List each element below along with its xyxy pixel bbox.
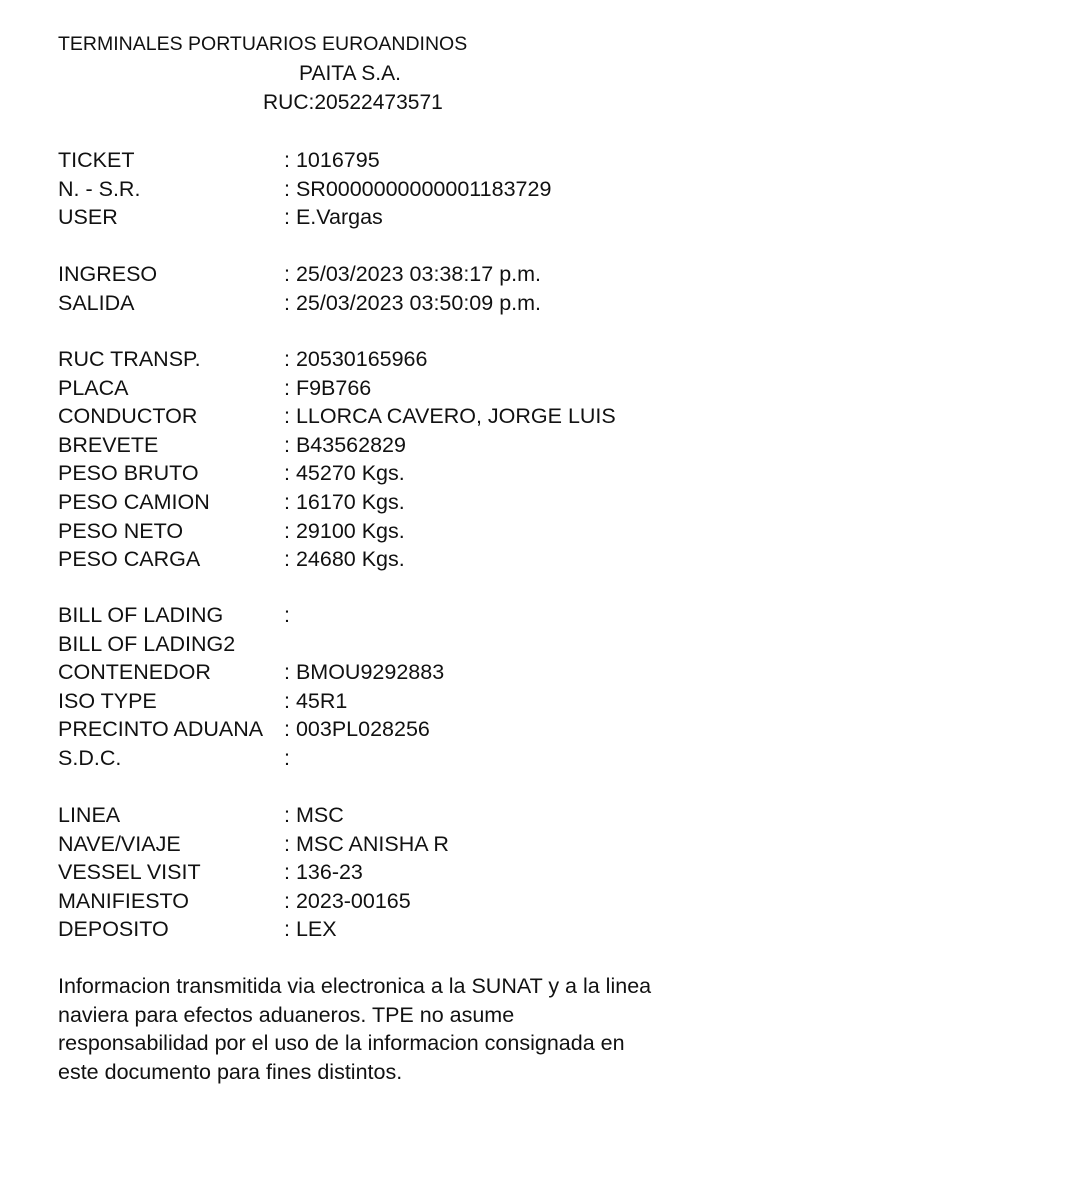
field-value: : LLORCA CAVERO, JORGE LUIS bbox=[284, 402, 616, 431]
field-row: BILL OF LADING: bbox=[58, 601, 444, 630]
field-row: MANIFIESTO: 2023-00165 bbox=[58, 887, 449, 916]
disclaimer-note: Informacion transmitida via electronica … bbox=[58, 972, 658, 1086]
field-value: : 16170 Kgs. bbox=[284, 488, 405, 517]
field-value: : MSC ANISHA R bbox=[284, 830, 449, 859]
field-label: PRECINTO ADUANA bbox=[58, 715, 284, 744]
field-row: BREVETE: B43562829 bbox=[58, 431, 616, 460]
field-value: : 29100 Kgs. bbox=[284, 517, 405, 546]
ticket-section: TICKET: 1016795N. - S.R.: SR000000000000… bbox=[58, 146, 551, 232]
field-row: BILL OF LADING2 bbox=[58, 630, 444, 659]
field-row: NAVE/VIAJE: MSC ANISHA R bbox=[58, 830, 449, 859]
field-value: : 2023-00165 bbox=[284, 887, 411, 916]
company-ruc: RUC:20522473571 bbox=[263, 91, 443, 115]
field-row: PESO CARGA: 24680 Kgs. bbox=[58, 545, 616, 574]
field-row: VESSEL VISIT: 136-23 bbox=[58, 858, 449, 887]
field-value: : 20530165966 bbox=[284, 345, 427, 374]
field-row: N. - S.R.: SR0000000000001183729 bbox=[58, 175, 551, 204]
company-name-line2: PAITA S.A. bbox=[299, 62, 401, 86]
field-row: PLACA: F9B766 bbox=[58, 374, 616, 403]
field-row: SALIDA: 25/03/2023 03:50:09 p.m. bbox=[58, 289, 541, 318]
field-value: : bbox=[284, 601, 290, 630]
field-row: PESO CAMION: 16170 Kgs. bbox=[58, 488, 616, 517]
field-row: PESO NETO: 29100 Kgs. bbox=[58, 517, 616, 546]
field-label: INGRESO bbox=[58, 260, 284, 289]
field-label: SALIDA bbox=[58, 289, 284, 318]
field-value: : F9B766 bbox=[284, 374, 371, 403]
time-section: INGRESO: 25/03/2023 03:38:17 p.m.SALIDA:… bbox=[58, 260, 541, 317]
field-row: LINEA: MSC bbox=[58, 801, 449, 830]
field-label: PESO CAMION bbox=[58, 488, 284, 517]
field-label: CONTENEDOR bbox=[58, 658, 284, 687]
field-row: TICKET: 1016795 bbox=[58, 146, 551, 175]
field-label: RUC TRANSP. bbox=[58, 345, 284, 374]
field-value: : B43562829 bbox=[284, 431, 406, 460]
field-value: : SR0000000000001183729 bbox=[284, 175, 551, 204]
field-row: USER: E.Vargas bbox=[58, 203, 551, 232]
field-label: ISO TYPE bbox=[58, 687, 284, 716]
field-row: PRECINTO ADUANA: 003PL028256 bbox=[58, 715, 444, 744]
vessel-section: LINEA: MSCNAVE/VIAJE: MSC ANISHA RVESSEL… bbox=[58, 801, 449, 944]
field-label: BILL OF LADING bbox=[58, 601, 284, 630]
field-label: DEPOSITO bbox=[58, 915, 284, 944]
field-row: CONDUCTOR: LLORCA CAVERO, JORGE LUIS bbox=[58, 402, 616, 431]
field-row: ISO TYPE: 45R1 bbox=[58, 687, 444, 716]
field-label: VESSEL VISIT bbox=[58, 858, 284, 887]
field-value: : LEX bbox=[284, 915, 337, 944]
field-label: PESO BRUTO bbox=[58, 459, 284, 488]
field-label: BILL OF LADING2 bbox=[58, 630, 284, 659]
field-value: : MSC bbox=[284, 801, 344, 830]
field-label: USER bbox=[58, 203, 284, 232]
field-row: S.D.C.: bbox=[58, 744, 444, 773]
field-value: : 25/03/2023 03:38:17 p.m. bbox=[284, 260, 541, 289]
field-value: : BMOU9292883 bbox=[284, 658, 444, 687]
field-value: : 24680 Kgs. bbox=[284, 545, 405, 574]
field-row: INGRESO: 25/03/2023 03:38:17 p.m. bbox=[58, 260, 541, 289]
field-label: NAVE/VIAJE bbox=[58, 830, 284, 859]
field-row: RUC TRANSP.: 20530165966 bbox=[58, 345, 616, 374]
field-label: LINEA bbox=[58, 801, 284, 830]
field-label: PLACA bbox=[58, 374, 284, 403]
field-label: BREVETE bbox=[58, 431, 284, 460]
field-row: CONTENEDOR: BMOU9292883 bbox=[58, 658, 444, 687]
field-label: PESO CARGA bbox=[58, 545, 284, 574]
field-value: : 25/03/2023 03:50:09 p.m. bbox=[284, 289, 541, 318]
field-row: PESO BRUTO: 45270 Kgs. bbox=[58, 459, 616, 488]
transport-section: RUC TRANSP.: 20530165966PLACA: F9B766CON… bbox=[58, 345, 616, 574]
field-label: MANIFIESTO bbox=[58, 887, 284, 916]
field-label: TICKET bbox=[58, 146, 284, 175]
field-value: : bbox=[284, 744, 290, 773]
field-row: DEPOSITO: LEX bbox=[58, 915, 449, 944]
field-value: : 45270 Kgs. bbox=[284, 459, 405, 488]
company-name: TERMINALES PORTUARIOS EUROANDINOS bbox=[58, 33, 467, 56]
field-label: CONDUCTOR bbox=[58, 402, 284, 431]
field-label: S.D.C. bbox=[58, 744, 284, 773]
field-value: : 003PL028256 bbox=[284, 715, 430, 744]
field-value: : 1016795 bbox=[284, 146, 380, 175]
field-value: : 45R1 bbox=[284, 687, 347, 716]
field-value: : E.Vargas bbox=[284, 203, 383, 232]
field-label: PESO NETO bbox=[58, 517, 284, 546]
field-label: N. - S.R. bbox=[58, 175, 284, 204]
field-value: : 136-23 bbox=[284, 858, 363, 887]
cargo-section: BILL OF LADING:BILL OF LADING2CONTENEDOR… bbox=[58, 601, 444, 773]
